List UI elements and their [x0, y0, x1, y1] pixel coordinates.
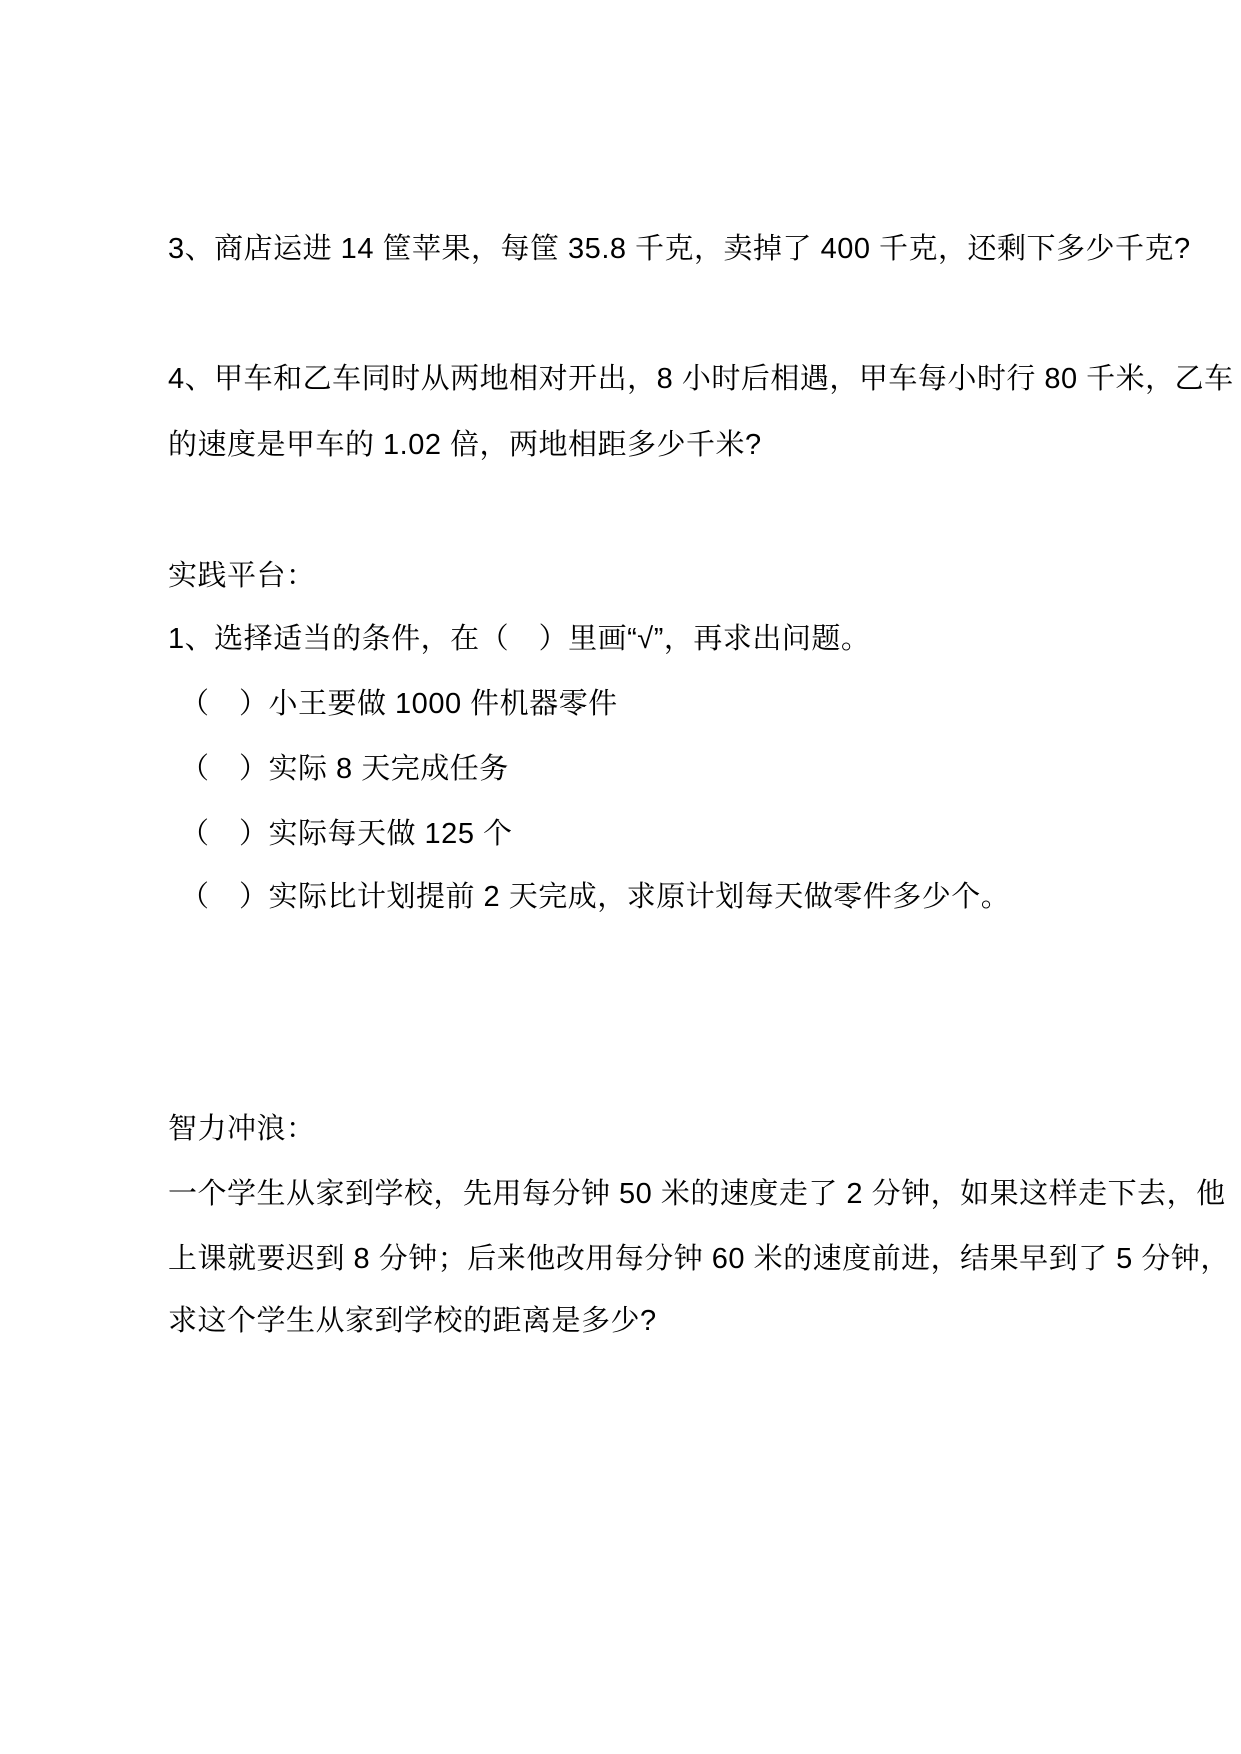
practice-option-4: （ ）实际比计划提前 2 天完成，求原计划每天做零件多少个。 [180, 880, 1010, 914]
problem-4-text-line-2: 的速度是甲车的 1.02 倍，两地相距多少千米? [168, 428, 762, 462]
practice-instruction: 1、选择适当的条件，在（ ）里画“√”，再求出问题。 [168, 622, 870, 656]
section-header-practice-platform: 实践平台： [168, 559, 316, 593]
section-header-brainteaser: 智力冲浪： [168, 1112, 316, 1146]
problem-3-text: 3、商店运进 14 筐苹果，每筐 35.8 千克，卖掉了 400 千克，还剩下多… [168, 232, 1191, 266]
practice-option-1: （ ）小王要做 1000 件机器零件 [180, 687, 618, 721]
practice-option-3: （ ）实际每天做 125 个 [180, 817, 513, 851]
brainteaser-text-line-1: 一个学生从家到学校，先用每分钟 50 米的速度走了 2 分钟，如果这样走下去，他 [168, 1177, 1226, 1211]
problem-4-text-line-1: 4、甲车和乙车同时从两地相对开出，8 小时后相遇，甲车每小时行 80 千米，乙车 [168, 362, 1234, 396]
brainteaser-text-line-3: 求这个学生从家到学校的距离是多少? [168, 1304, 657, 1338]
practice-option-2: （ ）实际 8 天完成任务 [180, 752, 509, 786]
worksheet-page: 3、商店运进 14 筐苹果，每筐 35.8 千克，卖掉了 400 千克，还剩下多… [0, 0, 1241, 1754]
brainteaser-text-line-2: 上课就要迟到 8 分钟；后来他改用每分钟 60 米的速度前进，结果早到了 5 分… [168, 1242, 1230, 1276]
